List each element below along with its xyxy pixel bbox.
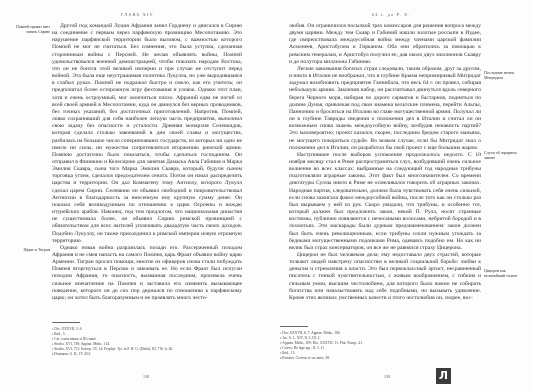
paragraph: Легкие завоевания богатых стран следовал…	[289, 66, 481, 152]
page-number: 138	[143, 374, 149, 379]
paragraph: Другой под командой Луция Афрания занял …	[52, 23, 242, 245]
paragraph: Однако новая война разразилась позади ег…	[52, 245, 242, 302]
margin-note-phraates-tigranes: Фраат и Тигран	[14, 247, 50, 252]
margin-note-pompey-syria: Помпей приказ вает занять Сирию	[14, 24, 50, 34]
footnote: 6Boissier. Cicéron et ses amis, 38.	[280, 356, 470, 361]
right-page: 64 г. до Р. Х. Последние мечты Митридата…	[266, 0, 533, 390]
margin-note-agrarian-law: Слухи об аграрном законе	[484, 150, 524, 160]
footnote-rule	[52, 322, 80, 323]
paragraph: Наступившее после выборов успокоение про…	[289, 152, 481, 252]
publisher-logo-icon: Л	[436, 368, 451, 384]
footnotes: 1Dio, XXXVII, 6, 7; Appian. Mithr., 106.…	[280, 331, 470, 362]
page-number: 139	[384, 374, 390, 379]
margin-note-cicero: Цицерон как величайший талант	[484, 268, 524, 278]
body-text: любия. Он ограничился посылкой трех коми…	[289, 23, 481, 302]
running-head: 64 г. до Р. Х.	[372, 12, 411, 17]
margin-note-mithridates: Последние мечты Митридата	[484, 70, 524, 80]
footnotes: 1Dio, XXXVII, 5, 6. 2Ibid., 5. 3См. о не…	[52, 327, 242, 358]
running-head: ГЛАВА XIV	[121, 12, 154, 17]
body-text: Другой под командой Луция Афрания занял …	[52, 23, 242, 302]
left-page: ГЛАВА XIV Помпей приказ вает занять Сири…	[0, 0, 268, 390]
footnote-rule	[280, 326, 308, 327]
paragraph: любия. Он ограничился посылкой трех коми…	[289, 23, 481, 66]
footnote: 6Drumann, G. R., IV, 454.	[52, 352, 242, 357]
book-spread: ГЛАВА XIV Помпей приказ вает занять Сири…	[0, 0, 533, 390]
paragraph: Цицерон не был человеком дела; ему недос…	[289, 252, 481, 302]
